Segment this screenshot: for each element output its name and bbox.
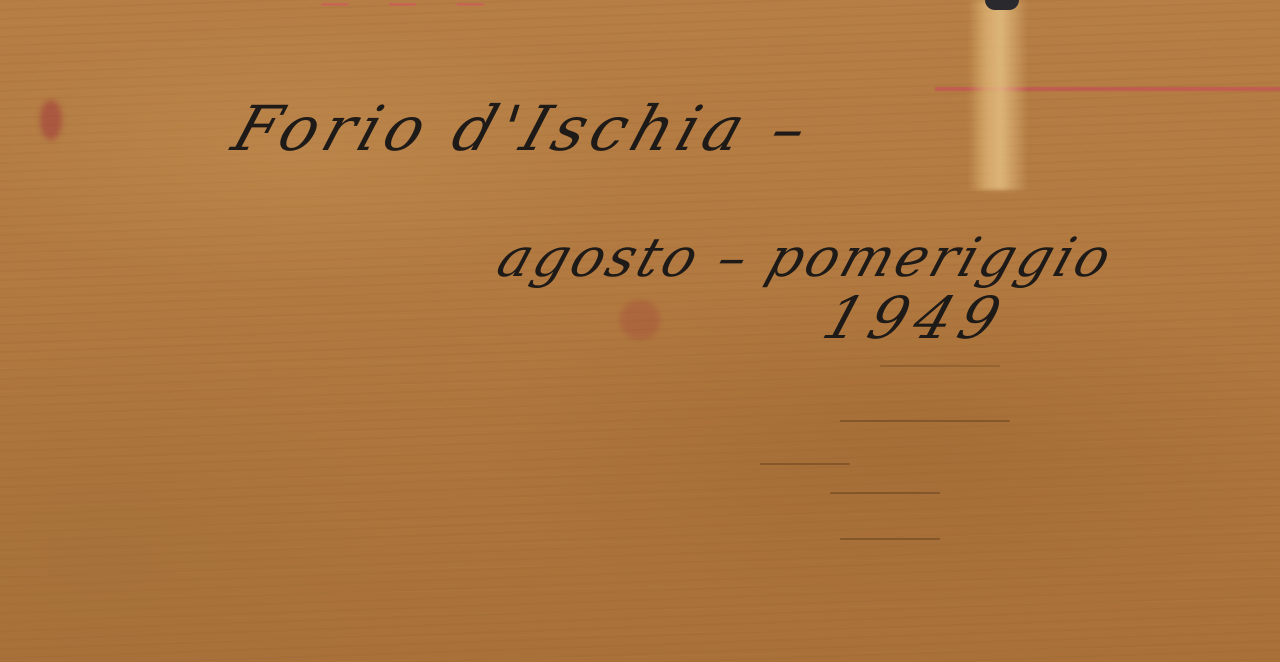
red-stain: [620, 300, 660, 340]
wood-crack: [760, 463, 850, 465]
wood-crack: [830, 492, 940, 494]
wood-crack: [880, 365, 1000, 367]
inscription-year: 1949: [815, 284, 1017, 352]
red-stamp-fragment: — — —: [320, 0, 499, 21]
wood-scratch-mark: [968, 0, 1028, 190]
inscription-location: Forio d'Ischia –: [224, 92, 822, 165]
inscription-time: agosto – pomeriggio: [490, 226, 1122, 289]
wood-crack: [840, 420, 1010, 422]
nail-head: [985, 0, 1019, 10]
wood-crack: [840, 538, 940, 540]
red-stain: [40, 100, 62, 140]
